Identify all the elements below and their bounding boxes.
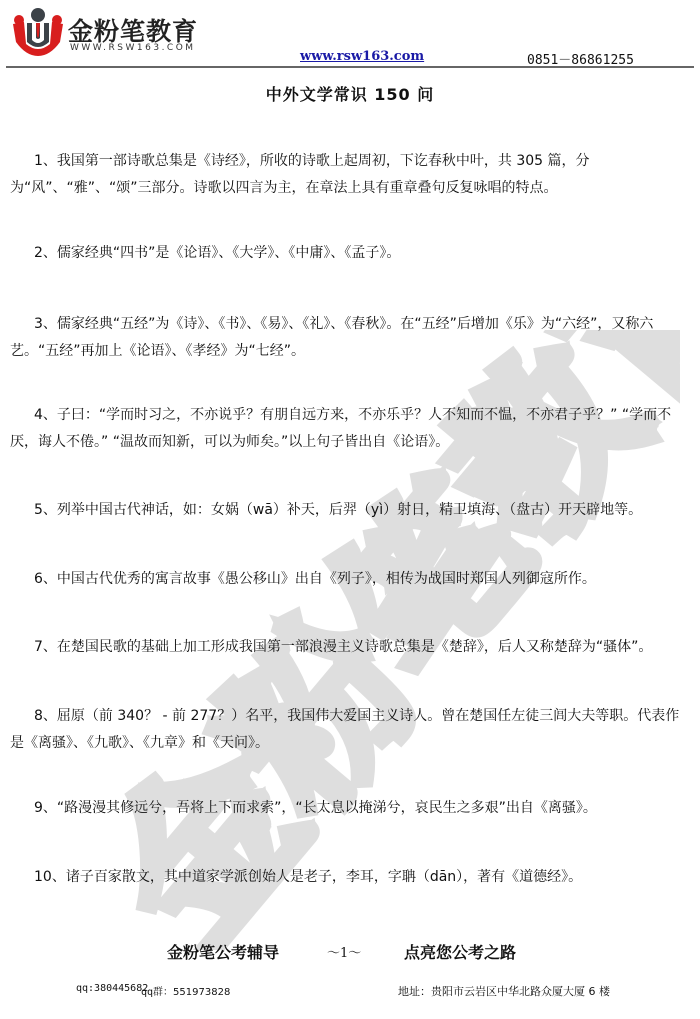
list-item-4: 4、子曰：“学而时习之，不亦说乎？有朋自远方来，不亦乐乎？人不知而不愠，不亦君子…: [10, 402, 692, 456]
document-title: 中外文学常识 150 问: [0, 82, 700, 105]
qq-group: qq群：551973828: [141, 983, 230, 998]
list-item-5: 5、列举中国古代神话，如：女娲（wā）补天，后羿（yì）射日，精卫填海、（盘古）…: [10, 497, 692, 524]
list-item-3: 3、儒家经典“五经”为《诗》、《书》、《易》、《礼》、《春秋》。在“五经”后增加…: [10, 311, 692, 365]
qq-group-number: 群：551973828: [153, 987, 230, 998]
list-item-2: 2、儒家经典“四书”是《论语》、《大学》、《中庸》、《孟子》。: [10, 240, 692, 267]
page-number: ～1～: [327, 942, 361, 961]
website-link[interactable]: www.rsw163.com: [300, 49, 424, 64]
header-divider: [6, 66, 694, 68]
list-item-9: 9、“路漫漫其修远兮，吾将上下而求索”，“长太息以掩涕兮，哀民生之多艰”出自《离…: [10, 795, 692, 822]
page-header: 金粉笔教育 WWW.RSW163.COM www.rsw163.com 0851…: [0, 0, 700, 68]
list-item-7: 7、在楚国民歌的基础上加工形成我国第一部浪漫主义诗歌总集是《楚辞》，后人又称楚辞…: [10, 634, 692, 661]
slogan-left: 金粉笔公考辅导: [167, 940, 279, 963]
list-item-6: 6、中国古代优秀的寓言故事《愚公移山》出自《列子》，相传为战国时郑国人列御寇所作…: [10, 566, 692, 593]
qq-group-label: qq: [141, 987, 153, 998]
footer-slogan: 金粉笔公考辅导 ～1～ 点亮您公考之路: [0, 940, 700, 964]
qq-number: qq:380445682: [76, 983, 148, 994]
brand-url: WWW.RSW163.COM: [70, 43, 196, 53]
slogan-right: 点亮您公考之路: [404, 940, 516, 963]
address: 地址：贵阳市云岩区中华北路众厦大厦 6 楼: [398, 983, 610, 999]
list-item-1: 1、我国第一部诗歌总集是《诗经》，所收的诗歌上起周初，下讫春秋中叶，共 305 …: [10, 148, 692, 202]
list-item-8: 8、屈原（前 340？ - 前 277？）名平，我国伟大爱国主义诗人。曾在楚国任…: [10, 703, 692, 757]
list-item-10: 10、诸子百家散文，其中道家学派创始人是老子，李耳，字聃（dān），著有《道德经…: [10, 864, 692, 891]
logo-icon: [10, 6, 66, 56]
